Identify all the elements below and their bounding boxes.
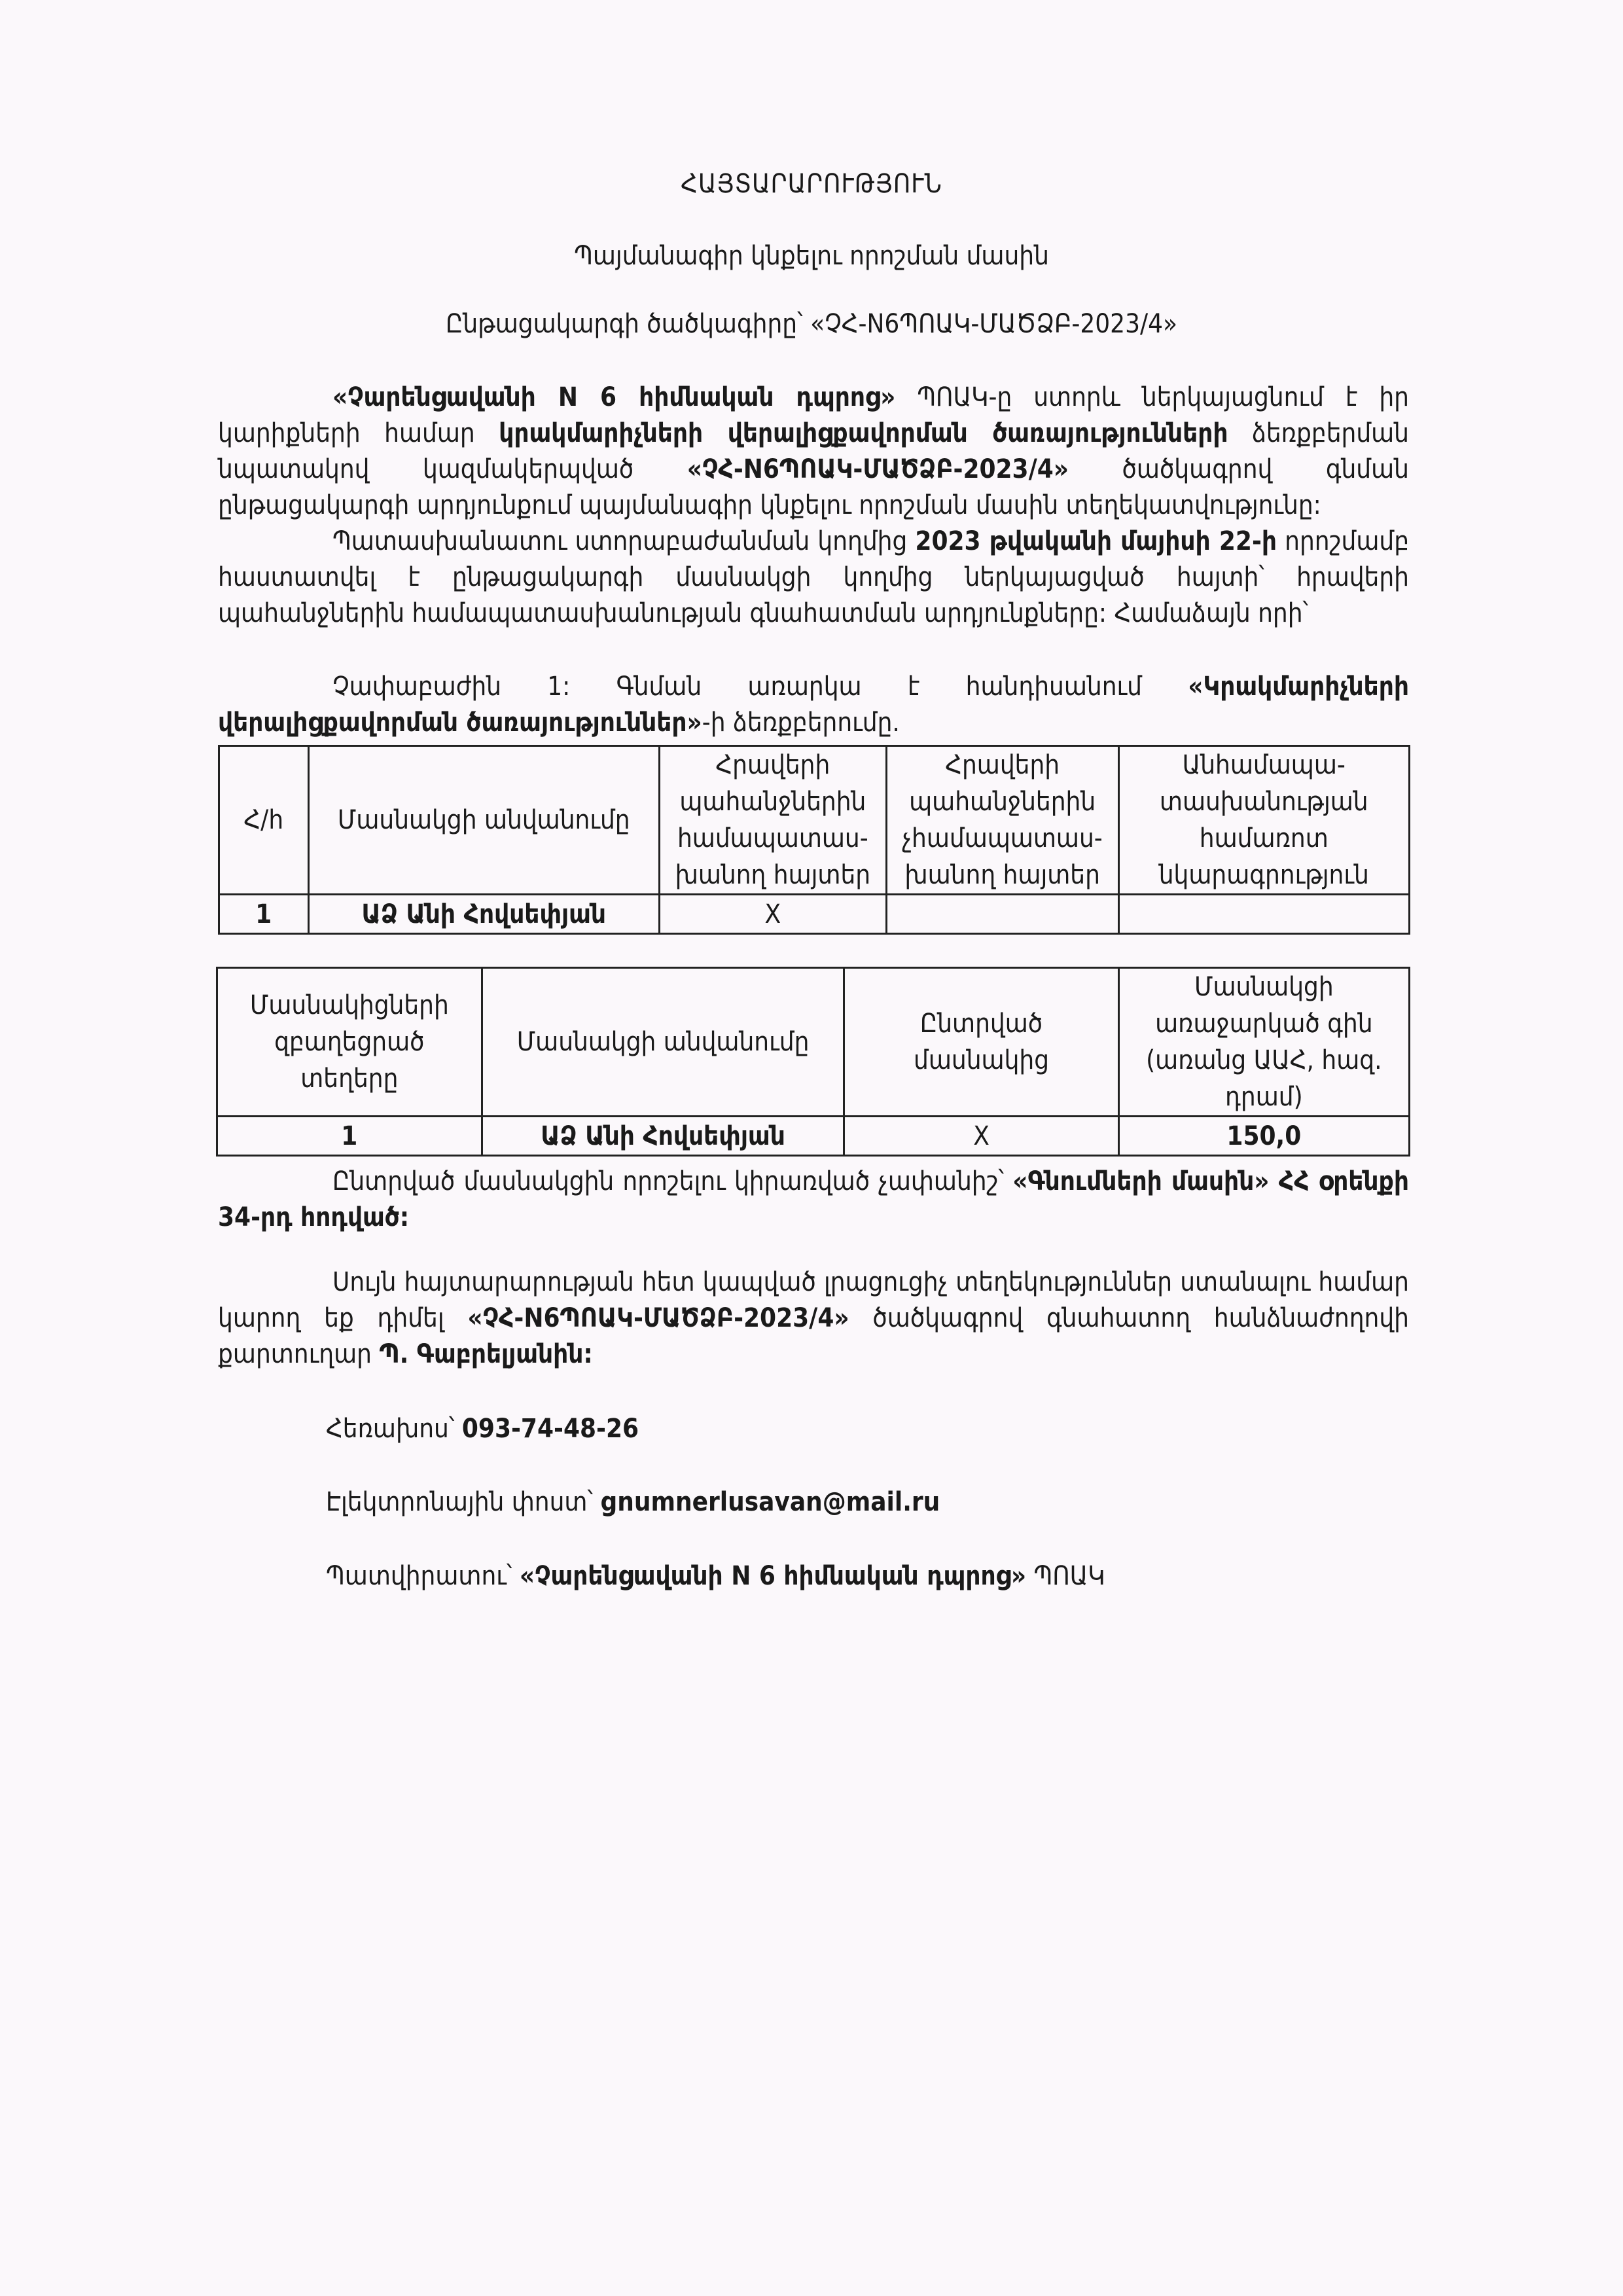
cell-number: 1 bbox=[219, 895, 309, 934]
email-label: Էլեկտրոնային փոստ՝ bbox=[326, 1487, 600, 1517]
ranking-table: Մասնակիցների զբաղեցրած տեղերը Մասնակցի ա… bbox=[216, 967, 1410, 1157]
header-participant-name: Մասնակցի անվանումը bbox=[482, 968, 844, 1117]
cell-compliant: X bbox=[659, 895, 886, 934]
lot-text-1: Չափաբաժին 1: Գնման առարկա է հանդիսանում bbox=[332, 672, 1188, 702]
cell-participant-name: ԱՁ Անի Հովսեփյան bbox=[482, 1117, 844, 1156]
intro-paragraph: «Չարենցավանի N 6 հիմնական դպրոց» ՊՈԱԿ-ը … bbox=[218, 380, 1409, 524]
header-non-compliant: Հրավերի պահանջներին չհամապատաս-խանող հայ… bbox=[886, 746, 1118, 895]
contact-paragraph: Սույն հայտարարության հետ կապված լրացուցի… bbox=[218, 1265, 1409, 1372]
phone-line: Հեռախոս՝ 093-74-48-26 bbox=[326, 1414, 639, 1444]
customer-name: «Չարենցավանի N 6 հիմնական դպրոց» bbox=[520, 1561, 1026, 1591]
contact-procedure-code: «ՉՀ-N6ՊՈԱԿ-ՄԱԾՁԲ-2023/4» bbox=[467, 1303, 849, 1333]
organization-name: «Չարենցավանի N 6 հիմնական դպրոց» bbox=[332, 382, 895, 412]
decision-text-1: Պատասխանատու ստորաբաժանման կողմից bbox=[332, 526, 915, 556]
header-non-compliance-desc: Անհամապա-տասխանության համառոտ նկարագրութ… bbox=[1118, 746, 1409, 895]
email-value[interactable]: gnumnerlusavan@mail.ru bbox=[600, 1487, 940, 1517]
header-selected: Ընտրված մասնակից bbox=[844, 968, 1118, 1117]
procedure-code: «ՉՀ-N6ՊՈԱԿ-ՄԱԾՁԲ-2023/4» bbox=[687, 454, 1069, 484]
procedure-code-line: Ընթացակարգի ծածկագիրը՝ «ՉՀ-N6ՊՈԱԿ-ՄԱԾՁԲ-… bbox=[0, 309, 1623, 339]
criteria-text: Ընտրված մասնակցին որոշելու կիրառված չափա… bbox=[332, 1166, 1012, 1196]
cell-non-compliant bbox=[886, 895, 1118, 934]
lot-text-2: -ի ձեռքբերումը. bbox=[702, 708, 900, 738]
secretary-name: Պ. Գաբրելյանին: bbox=[379, 1339, 592, 1369]
document-page: ՀԱՅՏԱՐԱՐՈՒԹՅՈՒՆ Պայմանագիր կնքելու որոշմ… bbox=[0, 0, 1623, 2296]
cell-place: 1 bbox=[217, 1117, 482, 1156]
cell-non-compliance-desc bbox=[1118, 895, 1409, 934]
decision-paragraph: Պատասխանատու ստորաբաժանման կողմից 2023 թ… bbox=[218, 524, 1409, 632]
customer-line: Պատվիրատու՝ «Չարենցավանի N 6 հիմնական դպ… bbox=[326, 1561, 1105, 1591]
header-number: Հ/հ bbox=[219, 746, 309, 895]
customer-suffix: ՊՈԱԿ bbox=[1026, 1561, 1105, 1591]
document-title: ՀԱՅՏԱՐԱՐՈՒԹՅՈՒՆ bbox=[0, 169, 1623, 199]
cell-participant-name: ԱՁ Անի Հովսեփյան bbox=[308, 895, 659, 934]
header-participant-name: Մասնակցի անվանումը bbox=[308, 746, 659, 895]
evaluation-table: Հ/հ Մասնակցի անվանումը Հրավերի պահանջներ… bbox=[218, 745, 1410, 935]
cell-selected: X bbox=[844, 1117, 1118, 1156]
decision-date: 2023 թվականի մայիսի 22-ի bbox=[915, 526, 1277, 556]
phone-label: Հեռախոս՝ bbox=[326, 1414, 462, 1444]
ranking-table-header: Մասնակիցների զբաղեցրած տեղերը Մասնակցի ա… bbox=[217, 968, 1410, 1117]
header-place: Մասնակիցների զբաղեցրած տեղերը bbox=[217, 968, 482, 1117]
table-row: 1 ԱՁ Անի Հովսեփյան X 150,0 bbox=[217, 1117, 1410, 1156]
document-subtitle: Պայմանագիր կնքելու որոշման մասին bbox=[0, 241, 1623, 271]
criteria-paragraph: Ընտրված մասնակցին որոշելու կիրառված չափա… bbox=[218, 1164, 1409, 1236]
header-compliant: Հրավերի պահանջներին համապատաս-խանող հայտ… bbox=[659, 746, 886, 895]
phone-value[interactable]: 093-74-48-26 bbox=[462, 1414, 639, 1444]
header-price: Մասնակցի առաջարկած գին (առանց ԱԱՀ, հազ. … bbox=[1118, 968, 1409, 1117]
customer-label: Պատվիրատու՝ bbox=[326, 1561, 520, 1591]
lot-paragraph: Չափաբաժին 1: Գնման առարկա է հանդիսանում … bbox=[218, 669, 1409, 741]
cell-price: 150,0 bbox=[1118, 1117, 1409, 1156]
service-name: կրակմարիչների վերալիցքավորման ծառայությո… bbox=[499, 418, 1228, 448]
email-line: Էլեկտրոնային փոստ՝ gnumnerlusavan@mail.r… bbox=[326, 1487, 940, 1517]
evaluation-table-header: Հ/հ Մասնակցի անվանումը Հրավերի պահանջներ… bbox=[219, 746, 1410, 895]
table-row: 1 ԱՁ Անի Հովսեփյան X bbox=[219, 895, 1410, 934]
